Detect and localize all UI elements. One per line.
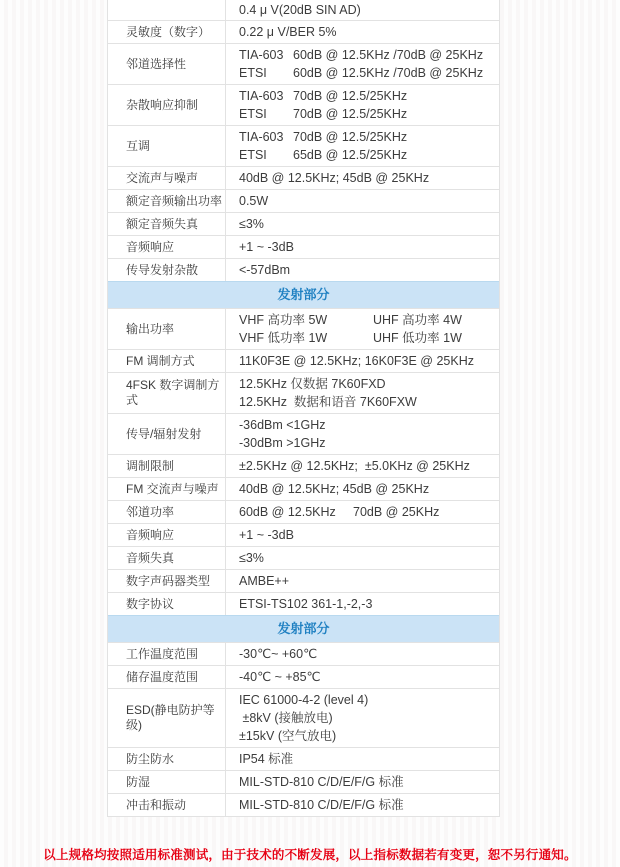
spec-value: <-57dBm	[225, 259, 499, 281]
spec-value-part: ETSI-TS102 361-1,-2,-3	[239, 595, 372, 613]
spec-label: FM 调制方式	[108, 350, 225, 372]
spec-label: 音频响应	[108, 524, 225, 546]
spec-value: ≤3%	[225, 547, 499, 569]
table-row: 音频响应+1 ~ -3dB	[108, 523, 499, 546]
spec-value: 11K0F3E @ 12.5KHz; 16K0F3E @ 25KHz	[225, 350, 499, 372]
table-row: 传导发射杂散<-57dBm	[108, 258, 499, 281]
spec-value-part: +1 ~ -3dB	[239, 238, 294, 256]
table-row: 邻道选择性TIA-60360dB @ 12.5KHz /70dB @ 25KHz…	[108, 43, 499, 84]
spec-value: 40dB @ 12.5KHz; 45dB @ 25KHz	[225, 167, 499, 189]
spec-value-part: -40℃ ~ +85℃	[239, 668, 321, 686]
spec-value-part: ≤3%	[239, 215, 264, 233]
spec-value-line: TIA-60370dB @ 12.5/25KHz	[239, 128, 493, 146]
spec-value-part: IP54 标准	[239, 750, 293, 768]
spec-value-part: -36dBm <1GHz	[239, 416, 326, 434]
spec-label: 互调	[108, 126, 225, 166]
spec-value-line: -40℃ ~ +85℃	[239, 668, 493, 686]
spec-label: 储存温度范围	[108, 666, 225, 688]
spec-value-part: UHF 低功率 1W	[373, 329, 462, 347]
spec-label: FM 交流声与噪声	[108, 478, 225, 500]
spec-value-part: 70dB @ 12.5/25KHz	[293, 87, 407, 105]
spec-label	[108, 0, 225, 20]
spec-value-part: 60dB @ 12.5KHz /70dB @ 25KHz	[293, 46, 483, 64]
page: { "table": { "rows": [ {"type":"spec","s…	[0, 0, 620, 867]
spec-label: 调制限制	[108, 455, 225, 477]
spec-value-part: VHF 低功率 1W	[239, 329, 373, 347]
spec-value-line: <-57dBm	[239, 261, 493, 279]
table-row: 灵敏度（数字）0.22 μ V/BER 5%	[108, 20, 499, 43]
spec-label: 防尘防水	[108, 748, 225, 770]
table-row: 防湿MIL-STD-810 C/D/E/F/G 标准	[108, 770, 499, 793]
spec-value-part: 70dB @ 12.5/25KHz	[293, 128, 407, 146]
spec-value-part: -30dBm >1GHz	[239, 434, 326, 452]
spec-value-line: +1 ~ -3dB	[239, 526, 493, 544]
table-row: 储存温度范围-40℃ ~ +85℃	[108, 665, 499, 688]
spec-value-part: 40dB @ 12.5KHz; 45dB @ 25KHz	[239, 169, 429, 187]
spec-value: -30℃~ +60℃	[225, 643, 499, 665]
disclaimer-note: 以上规格均按照适用标准测试，由于技术的不断发展，以上指标数据若有变更，恕不另行通…	[0, 845, 620, 863]
spec-label: 数字声码器类型	[108, 570, 225, 592]
table-row: 防尘防水IP54 标准	[108, 747, 499, 770]
spec-value-part: ETSI	[239, 146, 293, 164]
spec-value-line: MIL-STD-810 C/D/E/F/G 标准	[239, 773, 493, 791]
spec-value-line: ≤3%	[239, 549, 493, 567]
spec-value-line: 60dB @ 12.5KHz70dB @ 25KHz	[239, 503, 493, 521]
spec-label: ESD(静电防护等级)	[108, 689, 225, 747]
spec-label: 额定音频输出功率	[108, 190, 225, 212]
spec-value-part: TIA-603	[239, 87, 293, 105]
spec-value: 40dB @ 12.5KHz; 45dB @ 25KHz	[225, 478, 499, 500]
spec-value-part: 40dB @ 12.5KHz; 45dB @ 25KHz	[239, 480, 429, 498]
spec-value: 0.5W	[225, 190, 499, 212]
table-row: 互调TIA-60370dB @ 12.5/25KHzETSI65dB @ 12.…	[108, 125, 499, 166]
spec-value: 60dB @ 12.5KHz70dB @ 25KHz	[225, 501, 499, 523]
table-row: 额定音频输出功率0.5W	[108, 189, 499, 212]
spec-label: 工作温度范围	[108, 643, 225, 665]
spec-label: 冲击和振动	[108, 794, 225, 816]
spec-value-line: VHF 低功率 1WUHF 低功率 1W	[239, 329, 493, 347]
section-header: 发射部分	[108, 615, 499, 642]
spec-value: AMBE++	[225, 570, 499, 592]
spec-value: 12.5KHz 仅数据 7K60FXD12.5KHz 数据和语音 7K60FXW	[225, 373, 499, 413]
spec-label: 音频响应	[108, 236, 225, 258]
spec-value-part: ETSI	[239, 64, 293, 82]
spec-value: ±2.5KHz @ 12.5KHz; ±5.0KHz @ 25KHz	[225, 455, 499, 477]
spec-value-part: TIA-603	[239, 128, 293, 146]
spec-value-line: 11K0F3E @ 12.5KHz; 16K0F3E @ 25KHz	[239, 352, 493, 370]
spec-value-part: IEC 61000-4-2 (level 4)	[239, 691, 368, 709]
spec-value-part: ≤3%	[239, 549, 264, 567]
spec-value: TIA-60360dB @ 12.5KHz /70dB @ 25KHzETSI6…	[225, 44, 499, 84]
spec-value-line: ETSI-TS102 361-1,-2,-3	[239, 595, 493, 613]
table-row: 音频响应+1 ~ -3dB	[108, 235, 499, 258]
spec-value-line: ETSI60dB @ 12.5KHz /70dB @ 25KHz	[239, 64, 493, 82]
table-row: FM 交流声与噪声40dB @ 12.5KHz; 45dB @ 25KHz	[108, 477, 499, 500]
spec-value: +1 ~ -3dB	[225, 524, 499, 546]
spec-value-part: +1 ~ -3dB	[239, 526, 294, 544]
spec-value-line: 12.5KHz 仅数据 7K60FXD	[239, 375, 493, 393]
spec-value-part: VHF 高功率 5W	[239, 311, 373, 329]
spec-value-part: TIA-603	[239, 46, 293, 64]
spec-value-part: 12.5KHz 仅数据 7K60FXD	[239, 375, 386, 393]
spec-value-line: 40dB @ 12.5KHz; 45dB @ 25KHz	[239, 480, 493, 498]
spec-value: 0.22 μ V/BER 5%	[225, 21, 499, 43]
spec-value: 0.4 μ V(20dB SIN AD)	[225, 0, 499, 20]
spec-value-part: 0.4 μ V(20dB SIN AD)	[239, 1, 361, 19]
spec-value-line: 0.5W	[239, 192, 493, 210]
spec-value-line: VHF 高功率 5WUHF 高功率 4W	[239, 311, 493, 329]
table-row: 数字协议ETSI-TS102 361-1,-2,-3	[108, 592, 499, 615]
table-row: 4FSK 数字调制方式12.5KHz 仅数据 7K60FXD12.5KHz 数据…	[108, 372, 499, 413]
spec-value-part: ±8kV (接触放电)	[239, 709, 333, 727]
spec-value-part: 65dB @ 12.5/25KHz	[293, 146, 407, 164]
spec-value-line: MIL-STD-810 C/D/E/F/G 标准	[239, 796, 493, 814]
spec-value-part: MIL-STD-810 C/D/E/F/G 标准	[239, 796, 404, 814]
table-row: FM 调制方式11K0F3E @ 12.5KHz; 16K0F3E @ 25KH…	[108, 349, 499, 372]
spec-value-line: -30℃~ +60℃	[239, 645, 493, 663]
spec-value-line: TIA-60360dB @ 12.5KHz /70dB @ 25KHz	[239, 46, 493, 64]
spec-value-line: IEC 61000-4-2 (level 4)	[239, 691, 493, 709]
spec-value-part: UHF 高功率 4W	[373, 311, 462, 329]
spec-value-part: 0.5W	[239, 192, 268, 210]
table-row: 0.4 μ V(20dB SIN AD)	[108, 0, 499, 20]
spec-value-line: 0.4 μ V(20dB SIN AD)	[239, 1, 493, 19]
spec-label: 交流声与噪声	[108, 167, 225, 189]
spec-value-part: AMBE++	[239, 572, 289, 590]
spec-value-part: ETSI	[239, 105, 293, 123]
spec-label: 传导发射杂散	[108, 259, 225, 281]
spec-value-part: 11K0F3E @ 12.5KHz; 16K0F3E @ 25KHz	[239, 352, 474, 370]
spec-value-part: 0.22 μ V/BER 5%	[239, 23, 337, 41]
table-row: ESD(静电防护等级)IEC 61000-4-2 (level 4) ±8kV …	[108, 688, 499, 747]
table-row: 额定音频失真≤3%	[108, 212, 499, 235]
spec-label: 音频失真	[108, 547, 225, 569]
table-row: 数字声码器类型AMBE++	[108, 569, 499, 592]
spec-value-part: ±2.5KHz @ 12.5KHz; ±5.0KHz @ 25KHz	[239, 457, 470, 475]
spec-value-line: ±15kV (空气放电)	[239, 727, 493, 745]
spec-value: ≤3%	[225, 213, 499, 235]
table-row: 杂散响应抑制TIA-60370dB @ 12.5/25KHzETSI70dB @…	[108, 84, 499, 125]
spec-value-part: <-57dBm	[239, 261, 290, 279]
table-row: 输出功率VHF 高功率 5WUHF 高功率 4WVHF 低功率 1WUHF 低功…	[108, 308, 499, 349]
spec-value-part: 12.5KHz 数据和语音 7K60FXW	[239, 393, 417, 411]
spec-value-part: -30℃~ +60℃	[239, 645, 317, 663]
spec-value-line: AMBE++	[239, 572, 493, 590]
spec-value: +1 ~ -3dB	[225, 236, 499, 258]
spec-value-part: MIL-STD-810 C/D/E/F/G 标准	[239, 773, 404, 791]
spec-label: 杂散响应抑制	[108, 85, 225, 125]
table-row: 冲击和振动MIL-STD-810 C/D/E/F/G 标准	[108, 793, 499, 816]
spec-value-line: -36dBm <1GHz	[239, 416, 493, 434]
spec-value-line: -30dBm >1GHz	[239, 434, 493, 452]
spec-label: 4FSK 数字调制方式	[108, 373, 225, 413]
spec-label: 邻道功率	[108, 501, 225, 523]
spec-value: MIL-STD-810 C/D/E/F/G 标准	[225, 794, 499, 816]
table-row: 调制限制±2.5KHz @ 12.5KHz; ±5.0KHz @ 25KHz	[108, 454, 499, 477]
spec-value: IEC 61000-4-2 (level 4) ±8kV (接触放电)±15kV…	[225, 689, 499, 747]
spec-value-line: IP54 标准	[239, 750, 493, 768]
spec-value-part: 60dB @ 12.5KHz /70dB @ 25KHz	[293, 64, 483, 82]
spec-value-line: 0.22 μ V/BER 5%	[239, 23, 493, 41]
spec-value: MIL-STD-810 C/D/E/F/G 标准	[225, 771, 499, 793]
section-header: 发射部分	[108, 281, 499, 308]
table-row: 传导/辐射发射-36dBm <1GHz-30dBm >1GHz	[108, 413, 499, 454]
spec-label: 额定音频失真	[108, 213, 225, 235]
table-row: 音频失真≤3%	[108, 546, 499, 569]
spec-value-line: 12.5KHz 数据和语音 7K60FXW	[239, 393, 493, 411]
spec-value: TIA-60370dB @ 12.5/25KHzETSI70dB @ 12.5/…	[225, 85, 499, 125]
spec-label: 输出功率	[108, 309, 225, 349]
spec-value-line: ETSI70dB @ 12.5/25KHz	[239, 105, 493, 123]
spec-value: TIA-60370dB @ 12.5/25KHzETSI65dB @ 12.5/…	[225, 126, 499, 166]
spec-label: 数字协议	[108, 593, 225, 615]
spec-label: 邻道选择性	[108, 44, 225, 84]
spec-label: 灵敏度（数字）	[108, 21, 225, 43]
spec-value-line: ETSI65dB @ 12.5/25KHz	[239, 146, 493, 164]
table-row: 工作温度范围-30℃~ +60℃	[108, 642, 499, 665]
spec-value-line: ±2.5KHz @ 12.5KHz; ±5.0KHz @ 25KHz	[239, 457, 493, 475]
spec-value-line: ±8kV (接触放电)	[239, 709, 493, 727]
spec-value-part: ±15kV (空气放电)	[239, 727, 336, 745]
spec-value-line: TIA-60370dB @ 12.5/25KHz	[239, 87, 493, 105]
spec-value: IP54 标准	[225, 748, 499, 770]
spec-value-line: +1 ~ -3dB	[239, 238, 493, 256]
spec-label: 防湿	[108, 771, 225, 793]
spec-label: 传导/辐射发射	[108, 414, 225, 454]
spec-value-part: 70dB @ 25KHz	[353, 503, 439, 521]
table-row: 邻道功率60dB @ 12.5KHz70dB @ 25KHz	[108, 500, 499, 523]
spec-value: VHF 高功率 5WUHF 高功率 4WVHF 低功率 1WUHF 低功率 1W	[225, 309, 499, 349]
spec-value-part: 60dB @ 12.5KHz	[239, 503, 353, 521]
spec-value-part: 70dB @ 12.5/25KHz	[293, 105, 407, 123]
spec-value: ETSI-TS102 361-1,-2,-3	[225, 593, 499, 615]
spec-value-line: ≤3%	[239, 215, 493, 233]
spec-value-line: 40dB @ 12.5KHz; 45dB @ 25KHz	[239, 169, 493, 187]
spec-table: 0.4 μ V(20dB SIN AD)灵敏度（数字）0.22 μ V/BER …	[107, 0, 500, 817]
spec-value: -40℃ ~ +85℃	[225, 666, 499, 688]
spec-value: -36dBm <1GHz-30dBm >1GHz	[225, 414, 499, 454]
table-row: 交流声与噪声40dB @ 12.5KHz; 45dB @ 25KHz	[108, 166, 499, 189]
